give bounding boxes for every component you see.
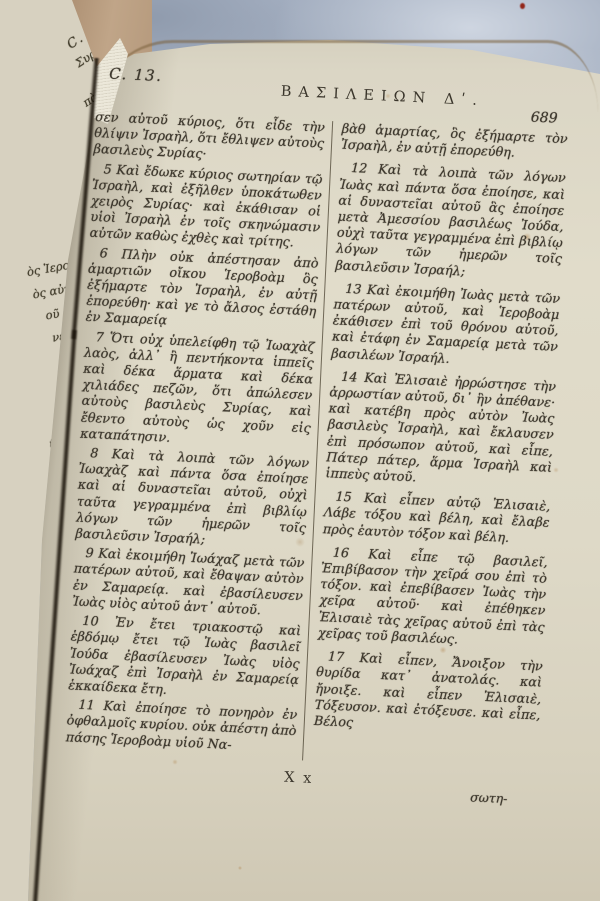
verse-paragraph: 14 Καὶ Ἐλισαιὲ ἠρρώστησε τὴν ἀρρωστίαν α…: [325, 369, 556, 493]
verse-paragraph: 17 Καὶ εἶπεν, Ἄνοιξον τὴν θυρίδα κατ᾽ ἀν…: [313, 649, 543, 741]
text-columns: σεν αὐτοῦ κύριος, ὅτι εἶδε τὴν θλίψιν Ἰσ…: [65, 110, 573, 772]
red-speck: [520, 3, 525, 9]
verse-paragraph: 9 Καὶ ἐκοιμήθη Ἰωάχαζ μετὰ τῶν πατέρων α…: [72, 546, 305, 622]
printed-page: C. 13. ΒΑΣΙΛΕΙΩΝ Δʹ. 689 σεν αὐτοῦ κύριο…: [63, 56, 575, 819]
right-column: βὰθ ἁμαρτίας, ὃς ἐξήμαρτε τὸν Ἰσραὴλ, ἐν…: [303, 121, 568, 771]
verse-paragraph: 6 Πλὴν οὐκ ἀπέστησαν ἀπὸ ἁμαρτιῶν οἴκου …: [85, 245, 319, 337]
running-title: ΒΑΣΙΛΕΙΩΝ Δʹ.: [214, 81, 550, 113]
verse-paragraph: 7 Ὅτι οὐχ ὑπελείφθη τῷ Ἰωαχὰζ λαὸς, ἀλλ᾽…: [80, 329, 315, 453]
signature-mark: X x: [284, 769, 314, 786]
verse-paragraph: 8 Καὶ τὰ λοιπὰ τῶν λόγων Ἰωαχὰζ καὶ πάντ…: [75, 446, 309, 554]
page-number: 689: [530, 109, 557, 126]
catchword: σωτη-: [470, 789, 508, 806]
left-column: σεν αὐτοῦ κύριος, ὅτι εἶδε τὴν θλίψιν Ἰσ…: [65, 110, 333, 760]
verse-paragraph: 11 Καὶ ἐποίησε τὸ πονηρὸν ἐν ὀφθαλμοῖς κ…: [65, 697, 297, 756]
verse-paragraph: σεν αὐτοῦ κύριος, ὅτι εἶδε τὴν θλίψιν Ἰσ…: [93, 110, 325, 169]
book-photo: C. 12. Συρίας, καὶ ουσαλήμ, πὰ τῶν λόγων…: [0, 0, 600, 901]
verse-paragraph: 15 Καὶ εἶπεν αὐτῷ Ἐλισαιὲ, Λάβε τόξου κα…: [323, 489, 551, 548]
verse-paragraph: 10 Ἐν ἔτει τριακοστῷ καὶ ἑβδόμῳ ἔτει τῷ …: [68, 613, 302, 705]
verse-paragraph: βὰθ ἁμαρτίας, ὃς ἐξήμαρτε τὸν Ἰσραὴλ, ἐν…: [341, 122, 568, 165]
verse-paragraph: 12 Καὶ τὰ λοιπὰ τῶν λόγων Ἰωὰς καὶ πάντα…: [335, 161, 566, 285]
verse-paragraph: 5 Καὶ ἔδωκε κύριος σωτηρίαν τῷ Ἰσραὴλ, κ…: [89, 161, 323, 253]
chapter-label: C. 13.: [109, 65, 163, 85]
verse-paragraph: 16 Καὶ εἶπε τῷ βασιλεῖ, Ἐπιβίβασον τὴν χ…: [318, 545, 548, 653]
verse-paragraph: 13 Καὶ ἐκοιμήθη Ἰωὰς μετὰ τῶν πατέρων αὐ…: [331, 281, 561, 373]
